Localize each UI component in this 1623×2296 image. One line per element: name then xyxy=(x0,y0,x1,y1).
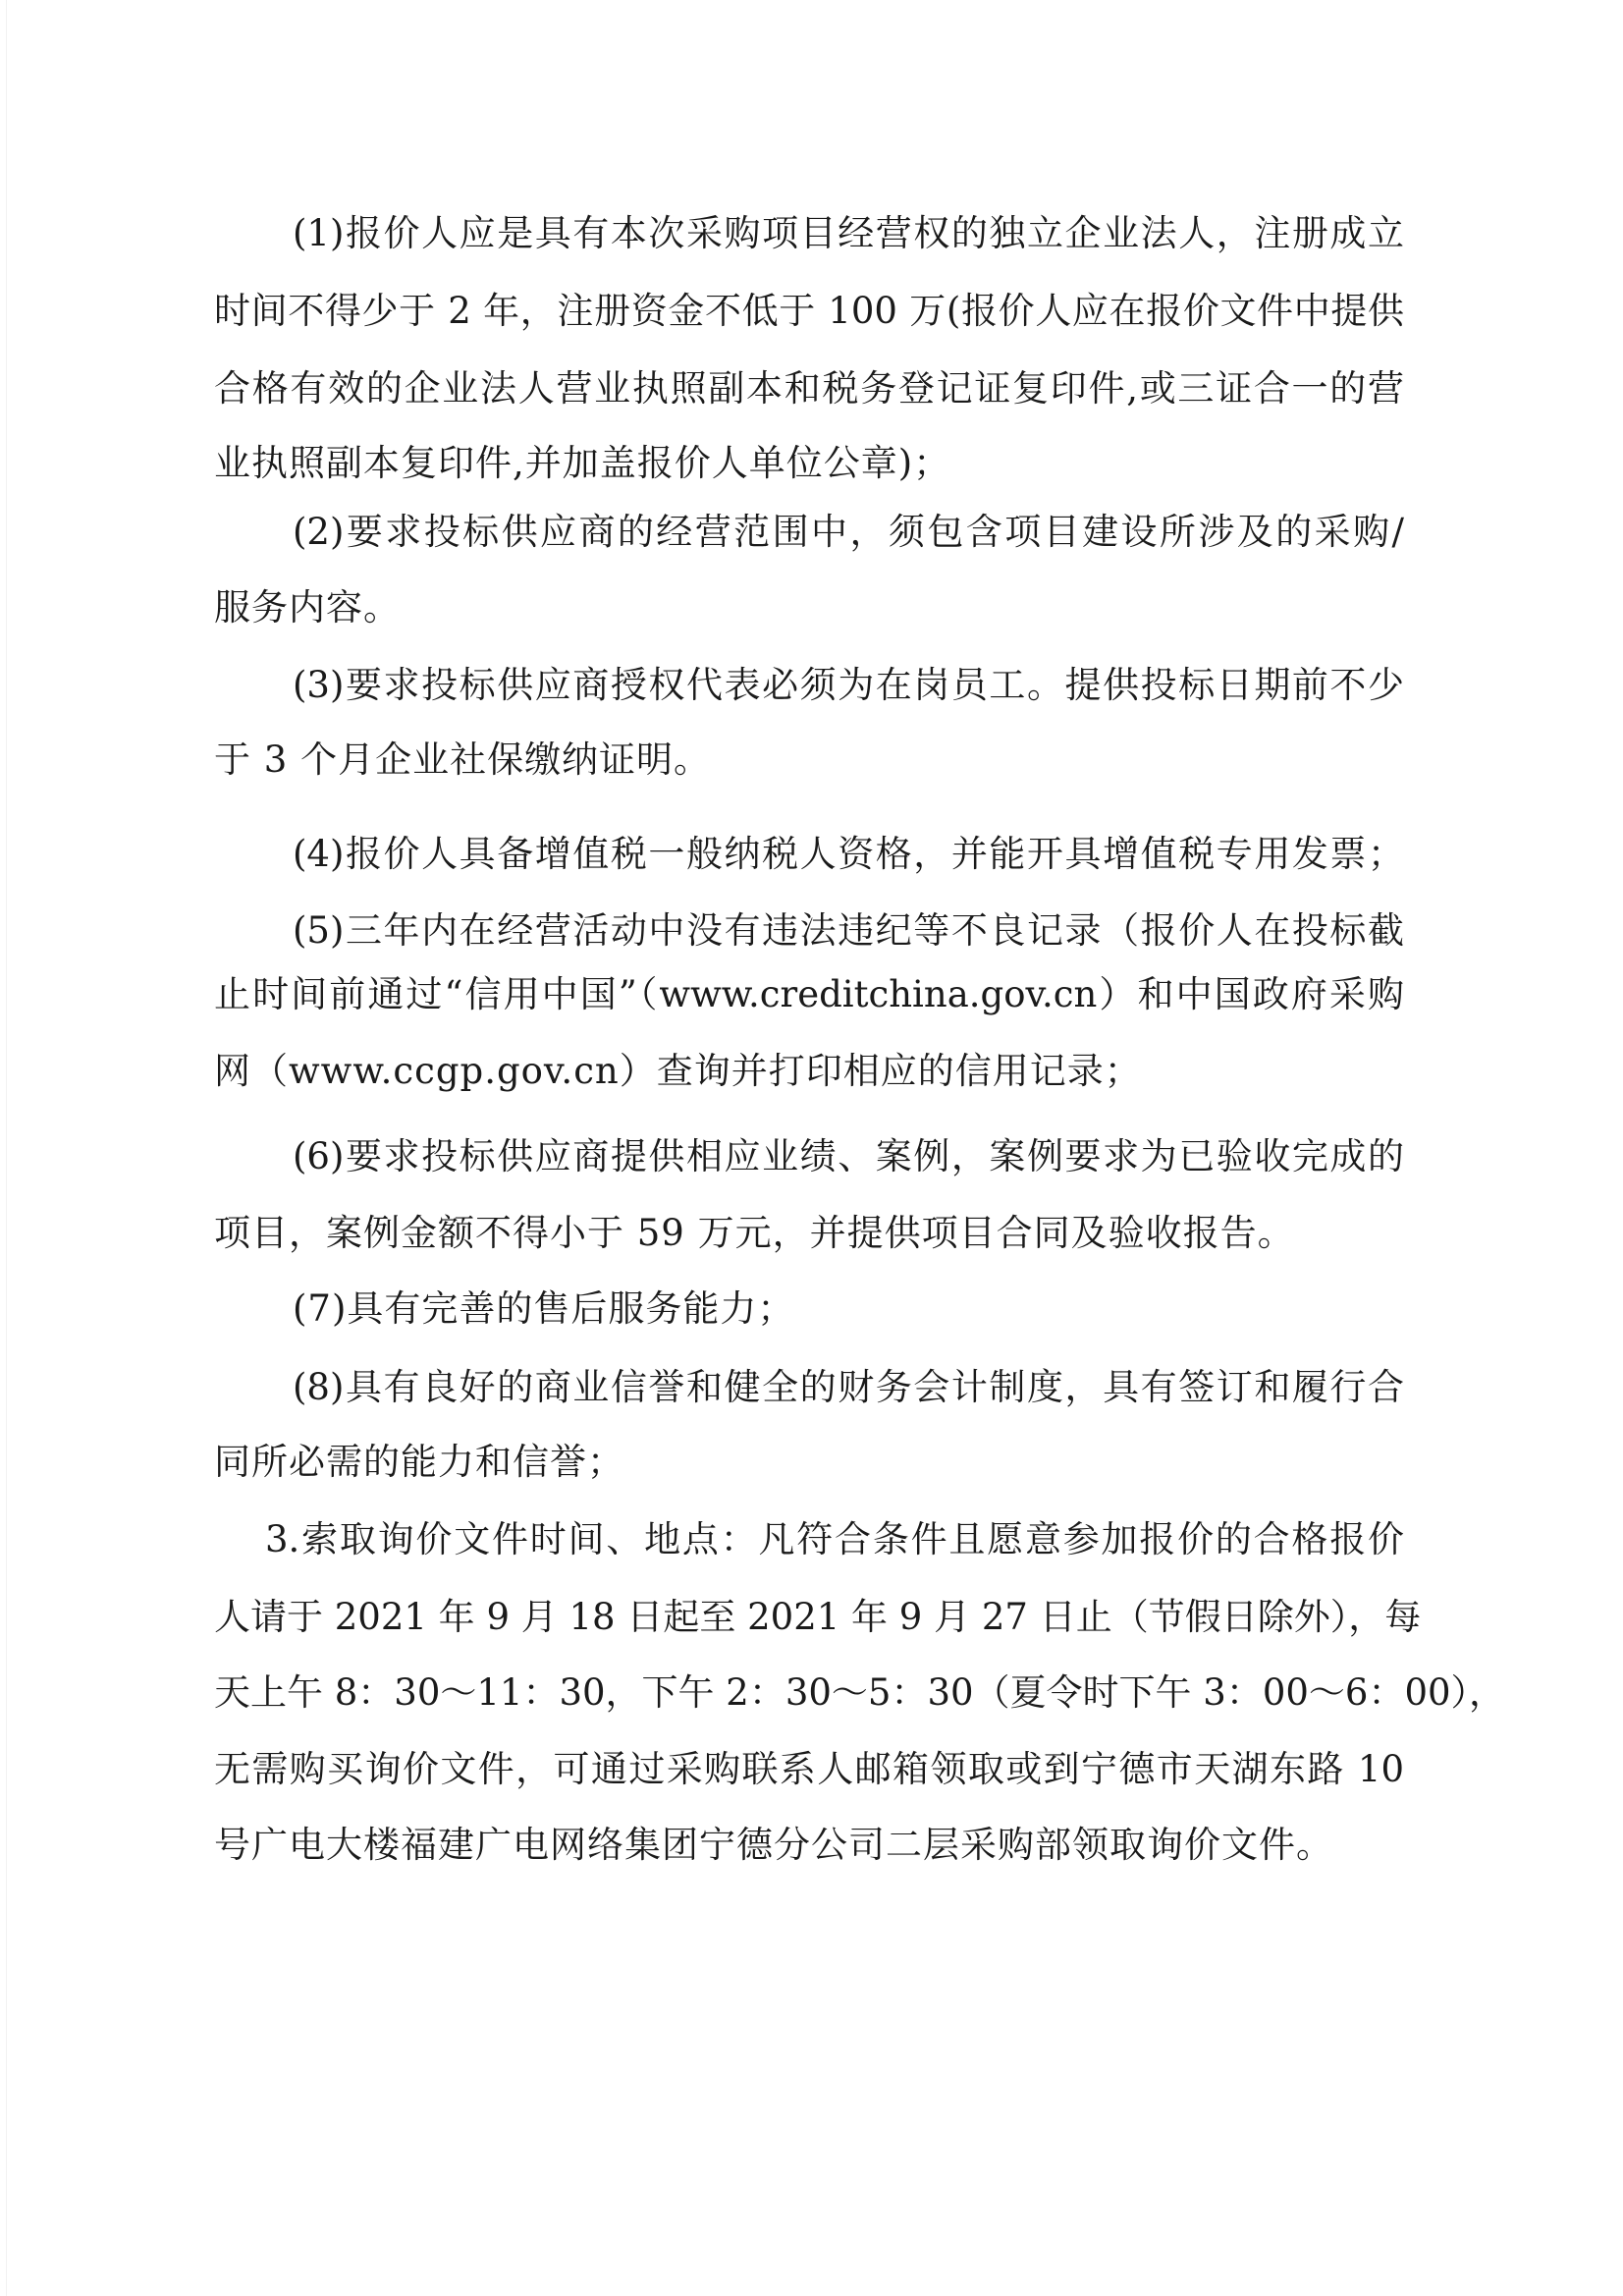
scan-edge-artifact xyxy=(6,0,7,2296)
requirement-1-line-4: 业执照副本复印件,并加盖报价人单位公章)； xyxy=(214,436,1404,491)
document-page: (1)报价人应是具有本次采购项目经营权的独立企业法人，注册成立 时间不得少于 2… xyxy=(0,0,1623,2296)
requirement-7-line-1: (7)具有完善的售后服务能力； xyxy=(293,1282,1404,1337)
requirement-5-line-2: 止时间前通过“信用中国”（www.creditchina.gov.cn）和中国政… xyxy=(214,967,1404,1022)
requirement-8-line-1: (8)具有良好的商业信誉和健全的财务会计制度，具有签订和履行合 xyxy=(293,1360,1404,1415)
section-3-line-3: 天上午 8：30～11：30，下午 2：30～5：30（夏令时下午 3：00～6… xyxy=(214,1666,1404,1721)
section-3-line-2: 人请于 2021 年 9 月 18 日起至 2021 年 9 月 27 日止（节… xyxy=(214,1590,1404,1645)
requirement-5-line-1: (5)三年内在经营活动中没有违法违纪等不良记录（报价人在投标截 xyxy=(293,903,1404,958)
requirement-1-line-2: 时间不得少于 2 年，注册资金不低于 100 万(报价人应在报价文件中提供 xyxy=(214,284,1404,339)
requirement-8-line-2: 同所必需的能力和信誉； xyxy=(214,1435,1404,1490)
requirement-4-line-1: (4)报价人具备增值税一般纳税人资格，并能开具增值税专用发票； xyxy=(293,827,1404,882)
requirement-6-line-1: (6)要求投标供应商提供相应业绩、案例，案例要求为已验收完成的 xyxy=(293,1129,1404,1184)
requirement-3-line-2: 于 3 个月企业社保缴纳证明。 xyxy=(214,733,1404,788)
requirement-3-line-1: (3)要求投标供应商授权代表必须为在岗员工。提供投标日期前不少 xyxy=(293,658,1404,713)
section-3-line-4: 无需购买询价文件，可通过采购联系人邮箱领取或到宁德市天湖东路 10 xyxy=(214,1742,1404,1797)
requirement-5-line-3: 网（www.ccgp.gov.cn）查询并打印相应的信用记录； xyxy=(214,1044,1404,1099)
requirement-2-line-1: (2)要求投标供应商的经营范围中，须包含项目建设所涉及的采购/ xyxy=(293,505,1404,560)
section-3-line-5: 号广电大楼福建广电网络集团宁德分公司二层采购部领取询价文件。 xyxy=(214,1818,1404,1873)
requirement-1-line-3: 合格有效的企业法人营业执照副本和税务登记证复印件,或三证合一的营 xyxy=(214,361,1404,416)
section-3-line-1: 3.索取询价文件时间、地点：凡符合条件且愿意参加报价的合格报价 xyxy=(265,1512,1404,1567)
requirement-2-line-2: 服务内容。 xyxy=(214,580,1404,635)
requirement-6-line-2: 项目，案例金额不得小于 59 万元，并提供项目合同及验收报告。 xyxy=(214,1206,1404,1261)
requirement-1-line-1: (1)报价人应是具有本次采购项目经营权的独立企业法人，注册成立 xyxy=(293,206,1404,261)
